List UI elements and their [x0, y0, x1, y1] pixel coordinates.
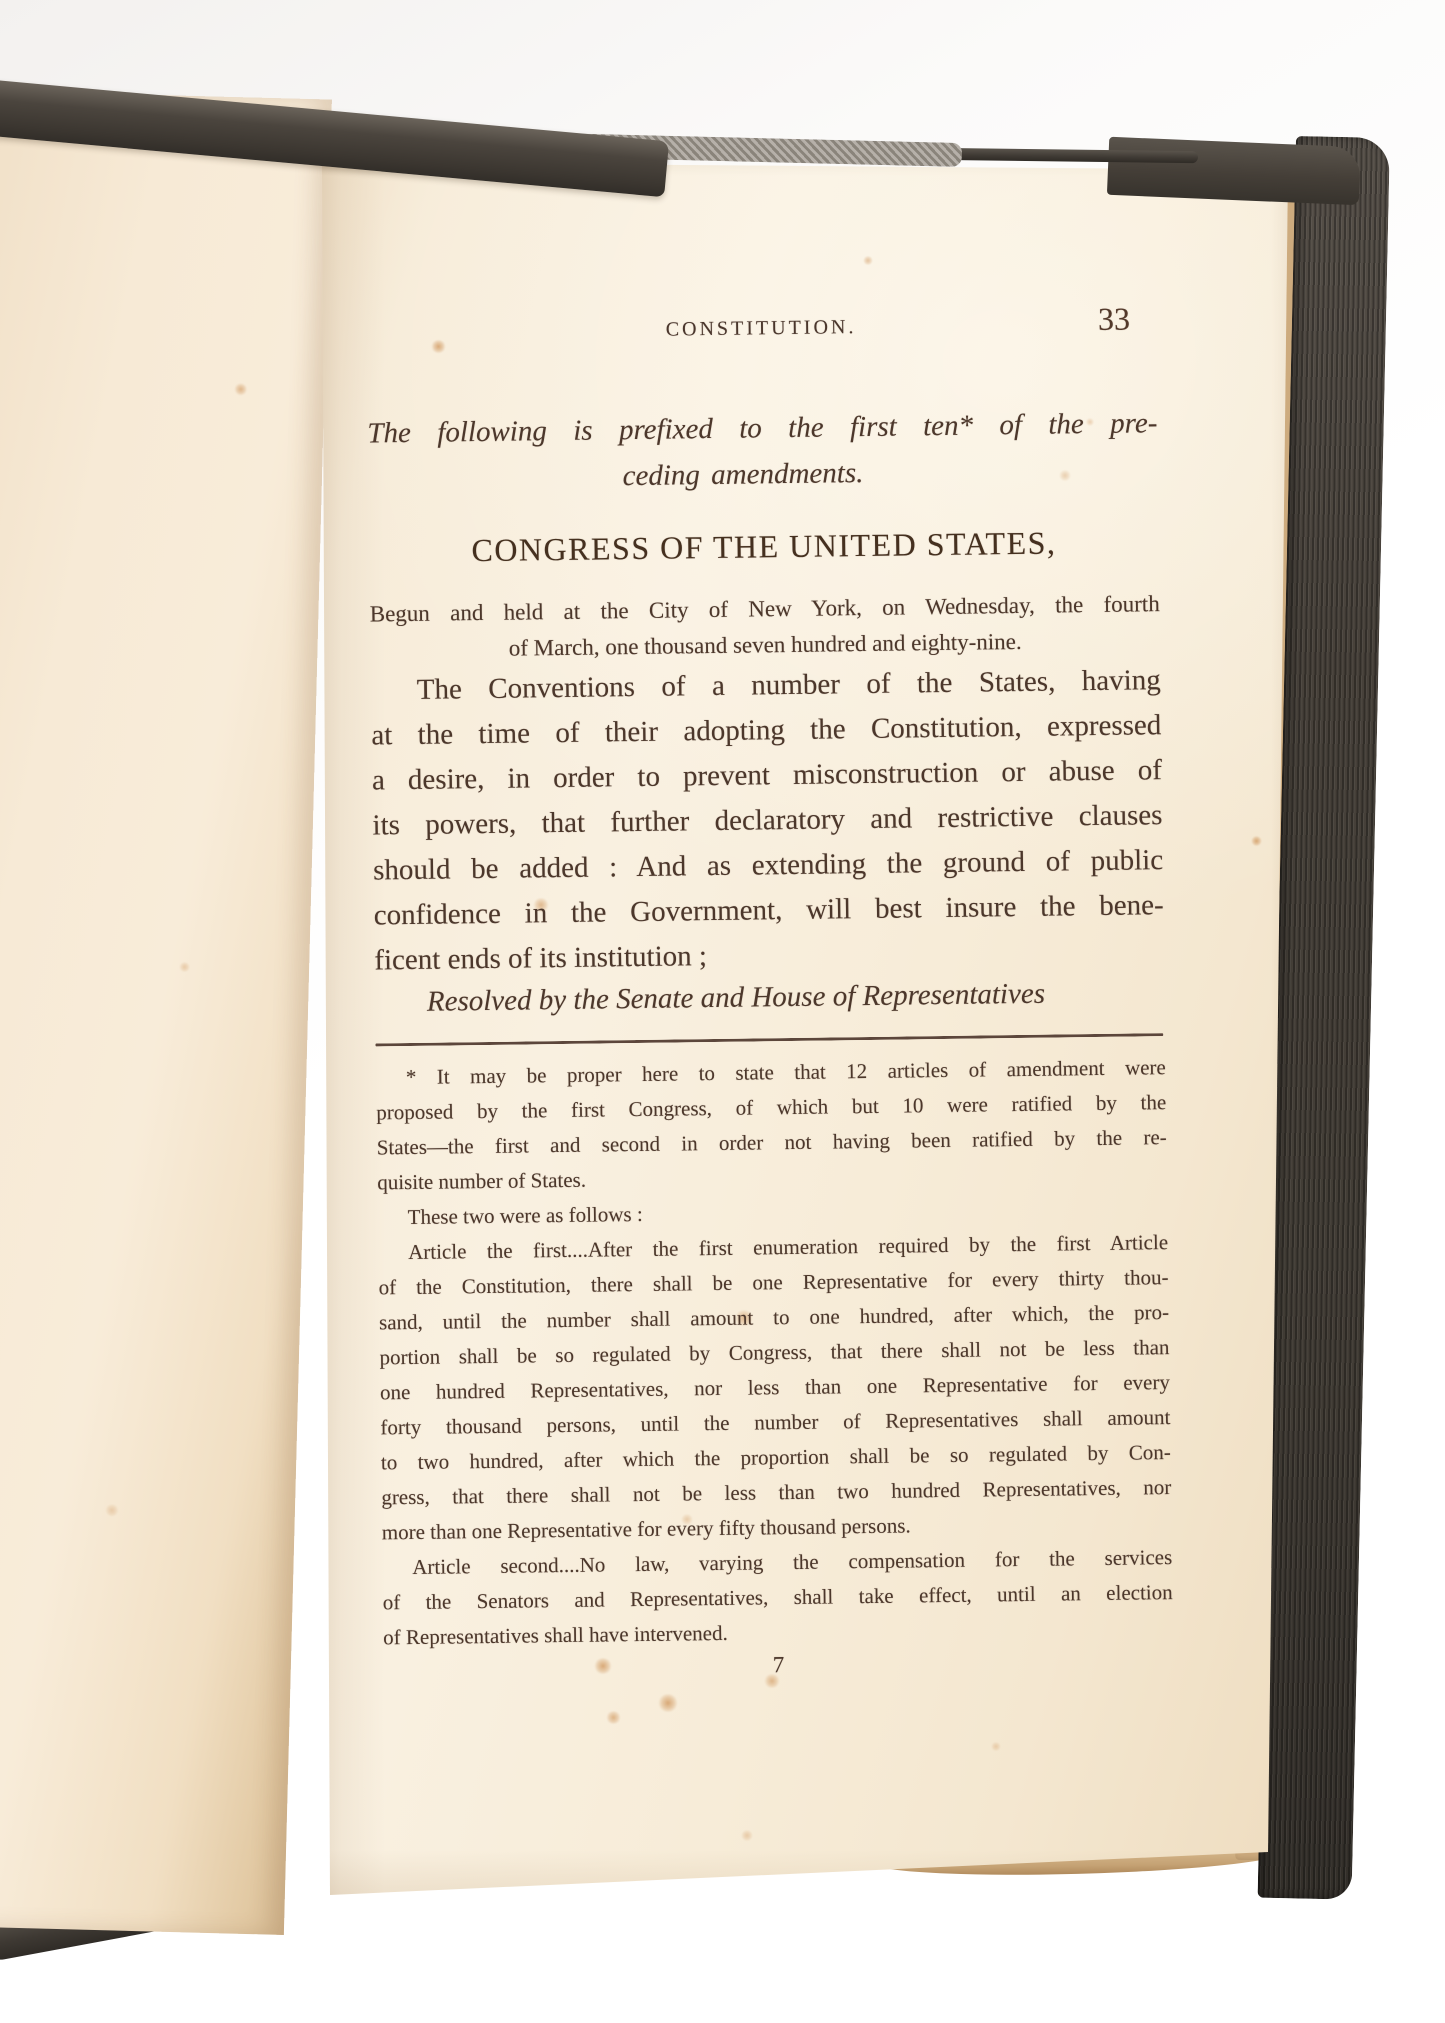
foxing-spot [234, 383, 247, 395]
running-header: CONSTITUTION. [366, 312, 1156, 345]
foxing-spot [105, 1504, 119, 1516]
book-photo: CONSTITUTION. 33 The following is prefix… [0, 0, 1445, 2023]
dateline: Begun and held at the City of New York, … [370, 586, 1161, 668]
footnote-rule [375, 1033, 1163, 1046]
intro-italic-note: The following is prefixed to the first t… [367, 400, 1158, 502]
body-paragraph: The Conventions of a number of the State… [371, 658, 1165, 983]
book-cover-top-right-edge [1107, 137, 1361, 206]
resolved-line: Resolved by the Senate and House of Repr… [375, 969, 1166, 1025]
page-header-row: CONSTITUTION. 33 [366, 312, 1156, 356]
intro-line: ceding amendments. [348, 446, 1139, 502]
footnote: * It may be proper here to state that 12… [376, 1050, 1174, 1655]
book-page: CONSTITUTION. 33 The following is prefix… [295, 150, 1305, 1910]
page-content: CONSTITUTION. 33 The following is prefix… [284, 142, 1317, 1915]
foxing-spot [179, 962, 190, 972]
page-number: 33 [1098, 301, 1130, 338]
congress-heading: CONGRESS OF THE UNITED STATES, [369, 520, 1159, 572]
left-facing-page [0, 90, 332, 1935]
